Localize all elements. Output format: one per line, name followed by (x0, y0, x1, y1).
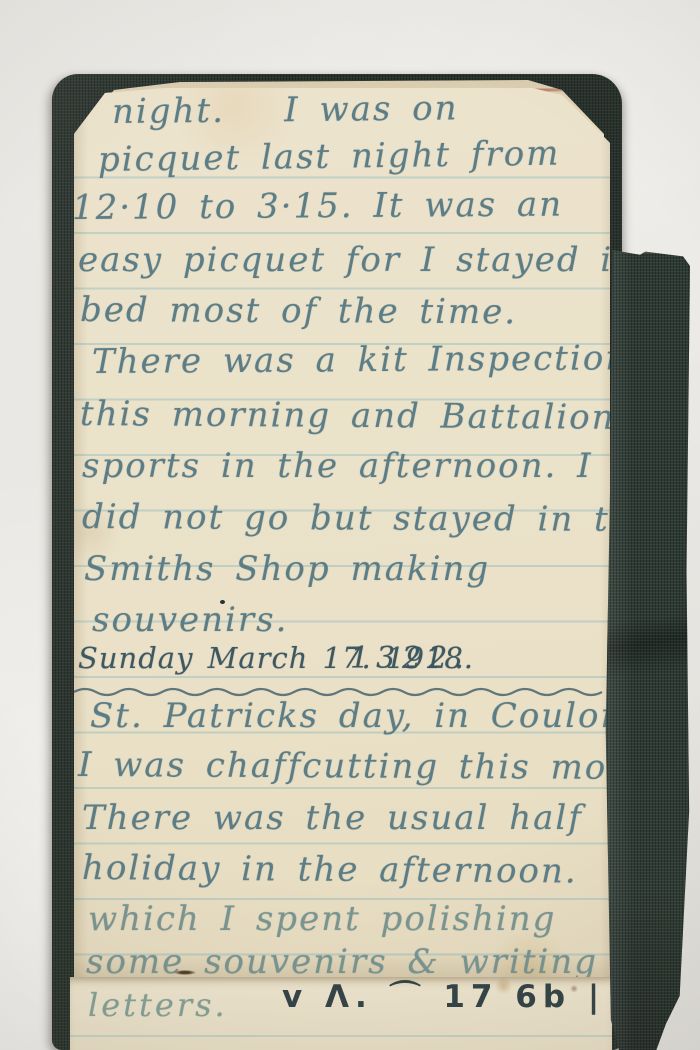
shorthand-marks: v Λ. ⌒ 17 6b | (282, 979, 605, 1016)
handwriting-line: sports in the afternoon. I (82, 448, 593, 485)
handwriting-line: night. I was on (112, 90, 459, 131)
handwriting-line: easy picquet for I stayed in (78, 242, 637, 279)
handwriting-line: some souvenirs & writing (86, 944, 598, 981)
entry-heading: Sunday March 17. 1918. 1322. (74, 644, 610, 688)
handwriting-line: letters. (88, 989, 228, 1021)
handwriting-line: souvenirs. (92, 602, 288, 639)
diary-page: night. I was on picquet last night from … (74, 88, 610, 977)
handwriting-line: St. Patricks day, in Coulombs (90, 698, 678, 735)
handwriting-line: picquet last night from (98, 136, 561, 180)
diary-photo: night. I was on picquet last night from … (0, 0, 700, 1050)
handwriting-line: did not go but stayed in the (82, 499, 656, 539)
handwriting-line: Smiths Shop making (84, 551, 490, 588)
handwriting-line: which I spent polishing (88, 901, 556, 938)
handwriting-line: There was the usual half (82, 800, 583, 837)
handwriting-line: holiday in the afternoon. (82, 850, 578, 891)
cover-cloth-flap (604, 250, 690, 1050)
handwriting-line: There was a kit Inspection (92, 340, 629, 381)
handwriting-line: this morning and Battalion (80, 396, 616, 437)
page-tear (174, 970, 196, 975)
handwriting-line: 12·10 to 3·15. It was an (72, 187, 563, 228)
ruled-line (70, 1035, 612, 1037)
ink-blot (220, 600, 225, 604)
next-page-edge: letters. v Λ. ⌒ 17 6b | (70, 977, 612, 1050)
entry-number: 1322. (350, 644, 471, 674)
handwriting-line: bed most of the time. (80, 292, 517, 332)
